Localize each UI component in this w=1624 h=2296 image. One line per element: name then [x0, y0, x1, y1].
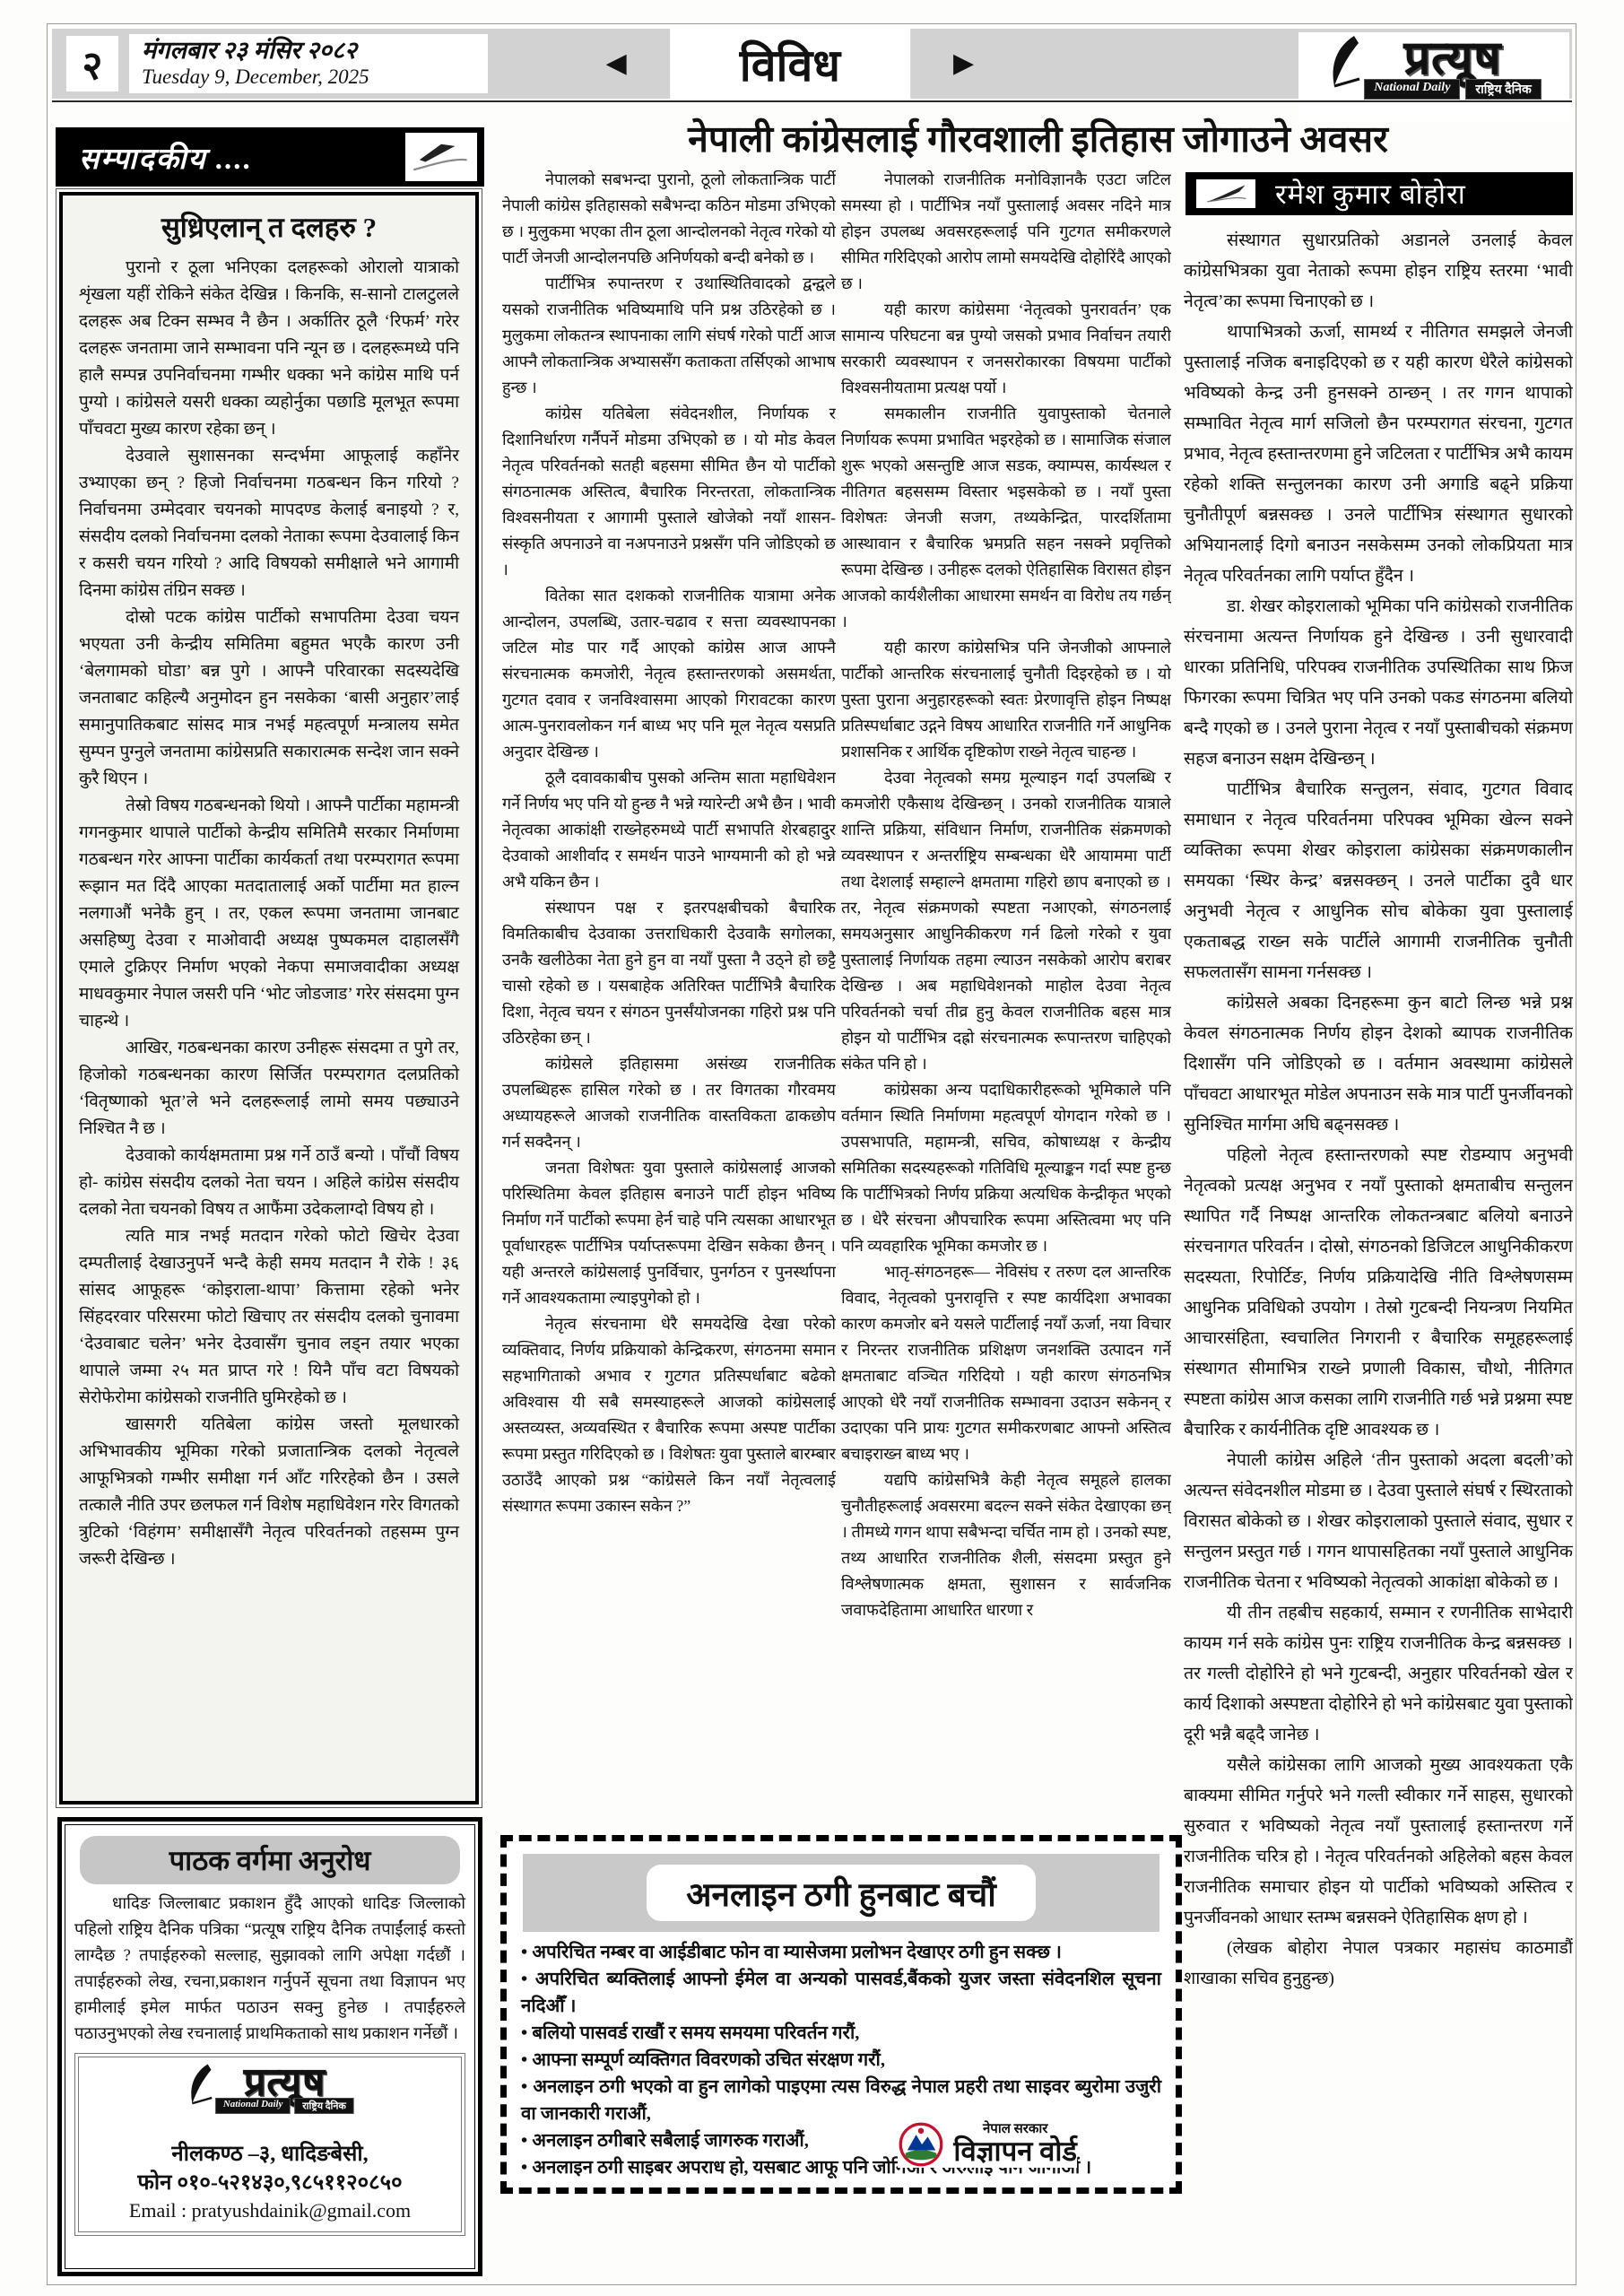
- section-header: ◀ विविध ▶: [606, 29, 974, 99]
- byline-box: रमेश कुमार बोहोरा: [1185, 172, 1573, 215]
- editorial-banner: सम्पादकीय ....: [56, 127, 484, 187]
- article-paragraph: पार्टीभित्र रुपान्तरण र उथास्थितिवादको द…: [502, 271, 836, 401]
- pen-icon: [405, 133, 477, 181]
- main-headline: नेपाली कांग्रेसलाई गौरवशाली इतिहास जोगाउ…: [502, 113, 1574, 163]
- section-title: विविध: [740, 33, 840, 94]
- online-fraud-psa-box: अनलाइन ठगी हुनबाट बचौं अपरिचित नम्बर वा …: [500, 1835, 1182, 2194]
- nepal-government-emblem: [898, 2121, 944, 2168]
- masthead: २ मंगलबार २३ मंसिर २०८२ Tuesday 9, Decem…: [52, 29, 1572, 99]
- date-english: Tuesday 9, December, 2025: [142, 65, 475, 90]
- psa-bullet: अपरिचित नम्बर वा आईडीबाट फोन वा म्यासेजम…: [521, 1939, 1161, 1966]
- logo-tagline-en: National Daily: [1364, 79, 1460, 100]
- gov-label-small: नेपाल सरकार: [953, 2122, 1077, 2136]
- article-paragraph: भातृ-संगठनहरू— नेविसंघ र तरुण दल आन्तरिक…: [841, 1259, 1171, 1467]
- article-paragraph: पहिलो नेतृत्व हस्तान्तरणको स्पष्ट रोडम्य…: [1184, 1141, 1573, 1446]
- article-paragraph: यही कारण कांग्रेसभित्र पनि जेनजीको आफ्ना…: [841, 635, 1171, 765]
- editorial-paragraph: देउवाले सुशासनका सन्दर्भमा आफूलाई कहाँने…: [79, 443, 459, 604]
- editorial-body: पुरानो र ठूला भनिएका दलहरूको ओरालो यात्र…: [79, 255, 459, 1573]
- logo-name: प्रत्यूष: [244, 2063, 326, 2102]
- logo-tagline-np: राष्ट्रिय दैनिक: [1465, 79, 1541, 100]
- article-paragraph: कांग्रेसले अबका दिनहरूमा कुन बाटो लिन्छ …: [1184, 988, 1573, 1141]
- article-paragraph: कांग्रेस यतिबेला संवेदनशील, निर्णायक र द…: [502, 401, 836, 583]
- article-paragraph: संस्थापन पक्ष र इतरपक्षबीचको बैचारिक विम…: [502, 895, 836, 1051]
- article-paragraph: कांग्रेसका अन्य पदाधिकारीहरूको भूमिकाले …: [841, 1077, 1171, 1259]
- editorial-paragraph: तेस्रो विषय गठबन्धनको थियो । आफ्नै पार्ट…: [79, 793, 459, 1035]
- editorial-paragraph: देउवाको कार्यक्षमतामा प्रश्न गर्ने ठाउँ …: [79, 1143, 459, 1223]
- article-paragraph: डा. शेखर कोइरालाको भूमिका पनि कांग्रेसको…: [1184, 592, 1573, 775]
- article-paragraph: नेपालको सबभन्दा पुरानो, ठूलो लोकतान्त्रि…: [502, 167, 836, 271]
- article-paragraph: वितेका सात दशकको राजनीतिक यात्रामा अनेक …: [502, 583, 836, 765]
- byline-author: रमेश कुमार बोहोरा: [1275, 175, 1466, 213]
- article-column-1: नेपालको सबभन्दा पुरानो, ठूलो लोकतान्त्रि…: [502, 167, 836, 1830]
- editorial-title: सुध्रिएलान् त दलहरु ?: [79, 208, 459, 246]
- masthead-rule: [52, 100, 1572, 102]
- psa-title: अनलाइन ठगी हुनबाट बचौं: [647, 1865, 1036, 1921]
- editorial-paragraph: दोस्रो पटक कांग्रेस पार्टीको सभापतिमा दे…: [79, 604, 459, 793]
- email-line: Email : pratyushdainik@gmail.com: [84, 2197, 456, 2224]
- article-paragraph: नेपालको राजनीतिक मनोविज्ञानकै एउटा जटिल …: [841, 167, 1171, 297]
- date-box: मंगलबार २३ मंसिर २०८२ Tuesday 9, Decembe…: [129, 34, 488, 93]
- phone-line: फोन ०१०-५२१४३०,९८५११२०८५०: [84, 2169, 456, 2197]
- reader-box-body: धादिङ जिल्लाबाट प्रकाशन हुँदै आएको धादिङ…: [74, 1892, 465, 2048]
- reader-box-title: पाठक वर्गमा अनुरोध: [80, 1836, 460, 1884]
- date-nepali: मंगलबार २३ मंसिर २०८२: [142, 36, 475, 65]
- article-paragraph: (लेखक बोहोरा नेपाल पत्रकार महासंघ काठमाड…: [1184, 1934, 1573, 1995]
- right-arrow-icon: ▶: [953, 50, 974, 77]
- article-paragraph: देउवा नेतृत्वको समग्र मूल्याइन गर्दा उपल…: [841, 765, 1171, 1077]
- article-paragraph: जनता विशेषतः युवा पुस्ताले कांग्रेसलाई आ…: [502, 1155, 836, 1311]
- feather-icon: [187, 2063, 214, 2106]
- article-paragraph: थापाभित्रको ऊर्जा, सामर्थ्य र नीतिगत समझ…: [1184, 317, 1573, 592]
- government-signature: नेपाल सरकार विज्ञापन वोर्ड: [898, 2121, 1077, 2168]
- editorial-paragraph: आखिर, गठबन्धनका कारण उनीहरू संसदमा त पुग…: [79, 1035, 459, 1143]
- contact-box: प्रत्यूष National Daily राष्ट्रिय दैनिक …: [78, 2057, 462, 2232]
- newspaper-logo: प्रत्यूष National Daily राष्ट्रिय दैनिक: [126, 2063, 415, 2123]
- editorial-banner-label: सम्पादकीय ....: [79, 137, 253, 178]
- article-paragraph: यही कारण कांग्रेसमा ‘नेतृत्वको पुनरावर्त…: [841, 297, 1171, 401]
- article-paragraph: यसैले कांग्रेसका लागि आजको मुख्य आवश्यकत…: [1184, 1751, 1573, 1934]
- editorial-paragraph: खासगरी यतिबेला कांग्रेस जस्तो मूलधारको अ…: [79, 1412, 459, 1573]
- address-line: नीलकण्ठ –३, धादिङबेसी,: [84, 2140, 456, 2169]
- reader-request-box: पाठक वर्गमा अनुरोध धादिङ जिल्लाबाट प्रका…: [57, 1817, 482, 2276]
- editorial-paragraph: पुरानो र ठूला भनिएका दलहरूको ओरालो यात्र…: [79, 255, 459, 443]
- feather-icon: [1326, 34, 1362, 90]
- psa-bullet: आफ्ना सम्पूर्ण व्यक्तिगत विवरणको उचित सं…: [521, 2047, 1161, 2074]
- article-paragraph: यद्यपि कांग्रेसभित्रै केही नेतृत्व समूहल…: [841, 1467, 1171, 1623]
- article-column-3: संस्थागत सुधारप्रतिको अडानले उनलाई केवल …: [1184, 226, 1573, 2273]
- psa-bullet: बलियो पासवर्ड राखौं र समय समयमा परिवर्तन…: [521, 2020, 1161, 2047]
- logo-tagline-en: National Daily: [215, 2098, 291, 2114]
- psa-bullet: अपरिचित ब्यक्तिलाई आफ्नो ईमेल वा अन्यको …: [521, 1966, 1161, 2020]
- logo-name: प्रत्यूष: [1404, 34, 1502, 84]
- psa-bullet: अनलाइन ठगी भएको वा हुन लागेको पाइएमा त्य…: [521, 2074, 1161, 2127]
- article-paragraph: कांग्रेसले इतिहासमा असंख्य राजनीतिक उपलब…: [502, 1051, 836, 1155]
- article-paragraph: नेपाली कांग्रेस अहिले ‘तीन पुस्ताको अदला…: [1184, 1446, 1573, 1598]
- logo-tagline-np: राष्ट्रिय दैनिक: [295, 2098, 354, 2114]
- article-column-2: नेपालको राजनीतिक मनोविज्ञानकै एउटा जटिल …: [841, 167, 1171, 1830]
- newspaper-logo: प्रत्यूष National Daily राष्ट्रिय दैनिक: [1298, 32, 1569, 122]
- article-paragraph: समकालीन राजनीति युवापुस्ताको चेतनाले निर…: [841, 401, 1171, 635]
- page-number: २: [66, 36, 118, 91]
- gov-label-big: विज्ञापन वोर्ड: [953, 2136, 1077, 2167]
- reader-paragraph: धादिङ जिल्लाबाट प्रकाशन हुँदै आएको धादिङ…: [74, 1892, 465, 2048]
- left-arrow-icon: ◀: [606, 50, 627, 77]
- psa-title-bar: अनलाइन ठगी हुनबाट बचौं: [523, 1854, 1159, 1932]
- article-paragraph: पार्टीभित्र बैचारिक सन्तुलन, संवाद, गुटग…: [1184, 775, 1573, 988]
- section-box: विविध: [670, 29, 910, 99]
- pen-icon: [1196, 179, 1255, 208]
- article-paragraph: यी तीन तहबीच सहकार्य, सम्मान र रणनीतिक स…: [1184, 1598, 1573, 1751]
- editorial-paragraph: त्यति मात्र नभई मतदान गरेको फोटो खिचेर द…: [79, 1223, 459, 1412]
- newspaper-page: २ मंगलबार २३ मंसिर २०८२ Tuesday 9, Decem…: [0, 0, 1624, 2296]
- article-paragraph: ठूलै दवावकाबीच पुसको अन्तिम साता महाधिवे…: [502, 765, 836, 895]
- article-paragraph: नेतृत्व संरचनामा धेरै समयदेखि देखा परेको…: [502, 1311, 836, 1519]
- article-paragraph: संस्थागत सुधारप्रतिको अडानले उनलाई केवल …: [1184, 226, 1573, 317]
- editorial-box: सुध्रिएलान् त दलहरु ? पुरानो र ठूला भनिए…: [59, 192, 479, 1805]
